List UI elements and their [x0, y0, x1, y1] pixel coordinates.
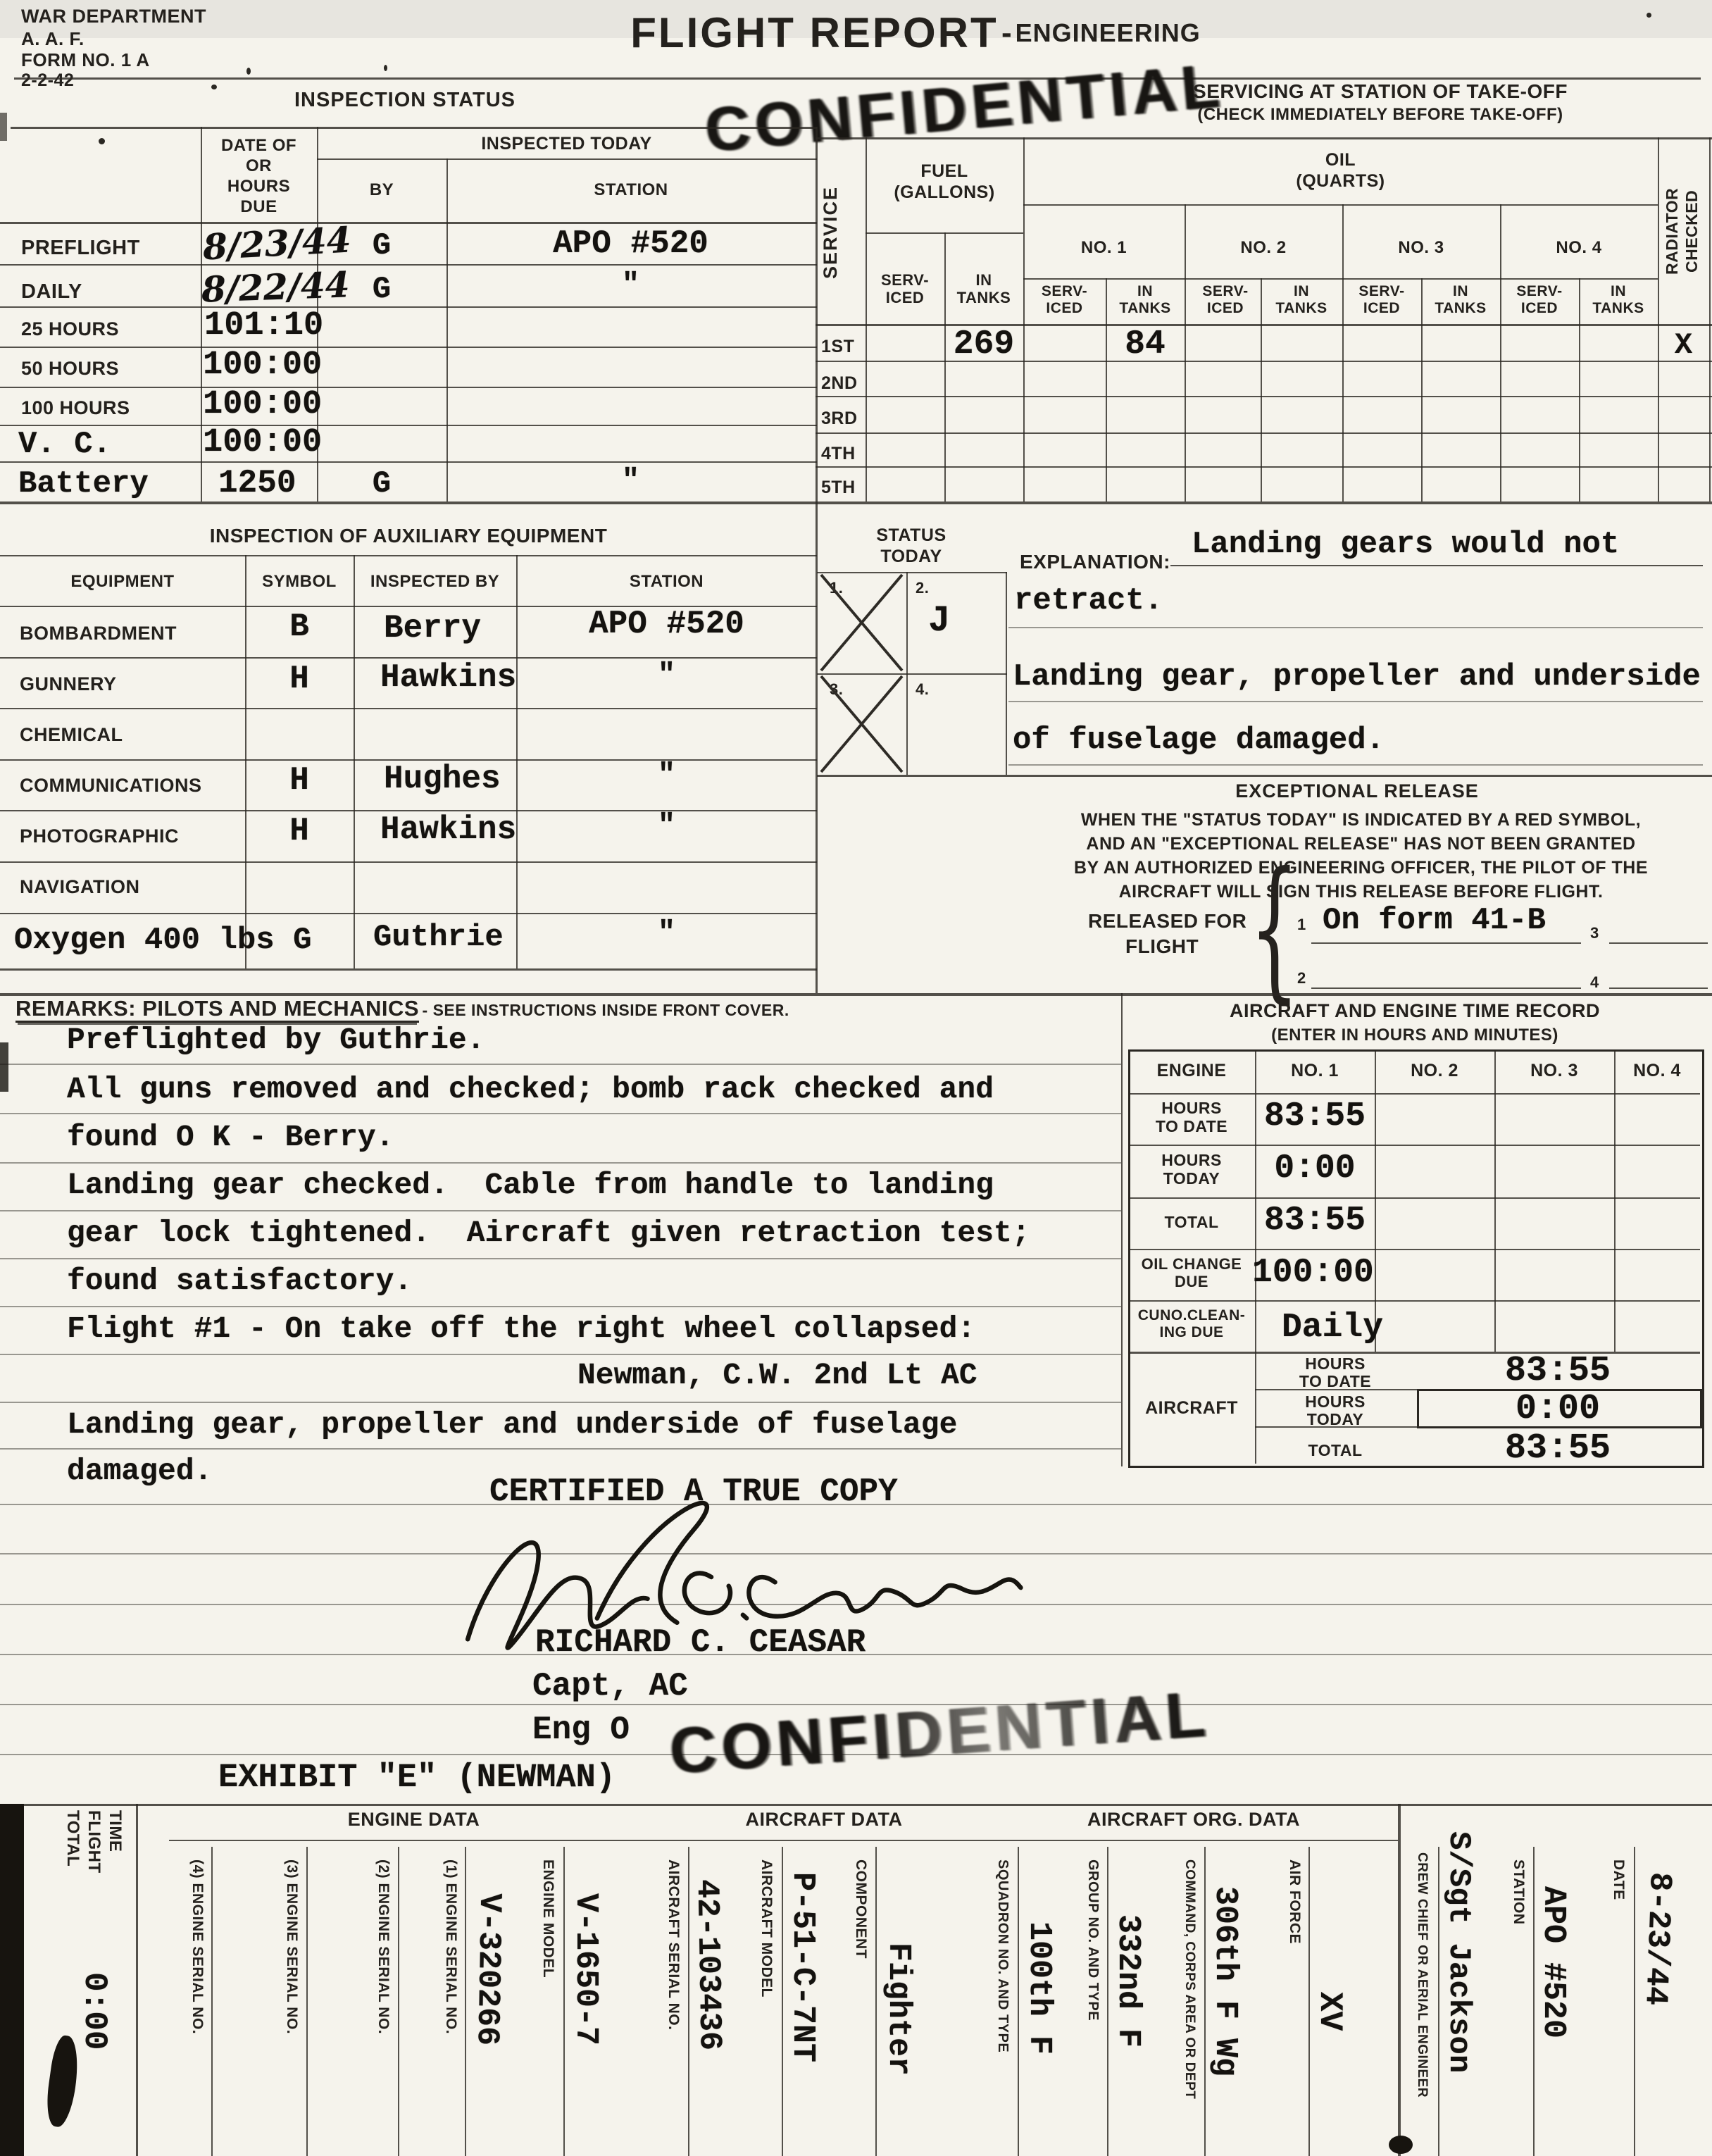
- aux-row-oxygen: Oxygen 400 lbs G: [14, 923, 311, 958]
- oil2-serviced-header: SERV- ICED: [1192, 283, 1259, 317]
- form-date: 2-2-42: [21, 70, 74, 91]
- aux-header-equipment: EQUIPMENT: [0, 572, 245, 592]
- time-col-no4: NO. 4: [1614, 1061, 1700, 1081]
- photographic-inspector: Hawkins: [380, 811, 516, 848]
- row-label-daily: DAILY: [21, 280, 82, 304]
- row-label-100-hours: 100 HOURS: [21, 397, 130, 419]
- row-oil-change-due: OIL CHANGE DUE: [1128, 1255, 1255, 1290]
- oil-header: OIL (QUARTS): [1025, 149, 1656, 192]
- release-entry-1-value: On form 41-B: [1323, 903, 1546, 938]
- released-for-label: RELEASED FOR: [1088, 910, 1246, 933]
- 100-hours-due: 100:00: [203, 386, 322, 423]
- field-value-command: 306th F Wg: [1207, 1886, 1243, 2155]
- page-title-suffix: ENGINEERING: [1016, 18, 1201, 47]
- aux-header-inspected-by: INSPECTED BY: [354, 572, 516, 592]
- 25-hours-due: 101:10: [204, 307, 323, 344]
- row-cuno-cleaning-due: CUNO.CLEAN- ING DUE: [1128, 1307, 1255, 1341]
- inspection-status-title: INSPECTION STATUS: [176, 89, 634, 112]
- field-label-group: GROUP NO. AND TYPE: [1085, 1859, 1101, 2152]
- battery-station-ditto: ": [446, 463, 815, 497]
- release-body-line-1: WHEN THE "STATUS TODAY" IS INDICATED BY …: [1014, 810, 1708, 830]
- hours-to-date-no1: 83:55: [1255, 1097, 1375, 1135]
- radiator-checked-header: RADIATOR CHECKED: [1662, 141, 1707, 321]
- status-box2-number: 2.: [916, 579, 929, 597]
- col-header-date-due: DATE OF OR HOURS DUE: [202, 135, 315, 217]
- remarks-title: REMARKS: PILOTS AND MECHANICS: [15, 996, 419, 1023]
- aux-row-bombardment: BOMBARDMENT: [20, 623, 177, 644]
- aux-row-chemical: CHEMICAL: [20, 724, 123, 746]
- field-value-air-force: XV: [1311, 1992, 1348, 2155]
- field-value-squadron: 100th F: [1021, 1921, 1057, 2155]
- section-aircraft-data: AIRCRAFT DATA: [658, 1809, 989, 1831]
- oxygen-station-ditto: ": [516, 916, 817, 949]
- page-title: FLIGHT REPORT - ENGINEERING: [563, 8, 1268, 57]
- status-box1-x-mark: [817, 572, 906, 673]
- battery-by: G: [317, 466, 446, 501]
- battery-due: 1250: [218, 465, 296, 501]
- status-box3-x-mark: [817, 673, 906, 775]
- field-label-engine-model: ENGINE MODEL: [539, 1859, 556, 2152]
- remark-line-7: Flight #1 - On take off the right wheel …: [67, 1311, 975, 1346]
- release-entry-1-number: 1: [1297, 916, 1306, 934]
- service-row-2nd: 2ND: [821, 373, 858, 394]
- 50-hours-due: 100:00: [203, 347, 322, 384]
- communications-inspector: Hughes: [384, 761, 501, 797]
- field-label-component: COMPONENT: [852, 1859, 869, 2152]
- time-col-no3: NO. 3: [1494, 1061, 1614, 1081]
- row-label-preflight: PREFLIGHT: [21, 237, 140, 260]
- remark-line-1: Preflighted by Guthrie.: [67, 1023, 485, 1057]
- oxygen-inspector: Guthrie: [373, 920, 504, 955]
- aux-row-photographic: PHOTOGRAPHIC: [20, 825, 179, 847]
- time-record-title: AIRCRAFT AND ENGINE TIME RECORD: [1125, 1000, 1704, 1022]
- field-value-crew-chief: S/Sgt Jackson: [1441, 1831, 1476, 2155]
- field-label-command: COMMAND, CORPS AREA OR DEPT: [1182, 1859, 1197, 2155]
- remark-line-2: All guns removed and checked; bomb rack …: [67, 1072, 994, 1107]
- preflight-by: G: [317, 228, 446, 263]
- aircraft-hours-today-label: HOURS TODAY: [1255, 1393, 1416, 1428]
- communications-symbol: H: [245, 762, 354, 799]
- time-record-subtitle: (ENTER IN HOURS AND MINUTES): [1125, 1026, 1704, 1045]
- field-value-aircraft-serial: 42-103436: [689, 1879, 730, 2156]
- photographic-station-ditto: ": [516, 809, 817, 842]
- remark-line-5: gear lock tightened. Aircraft given retr…: [67, 1216, 1030, 1250]
- remark-line-8-signoff: Newman, C.W. 2nd Lt AC: [577, 1358, 977, 1392]
- section-aircraft-org-data: AIRCRAFT ORG. DATA: [989, 1809, 1398, 1831]
- oil3-serviced-header: SERV- ICED: [1344, 283, 1420, 317]
- status-box2-value: J: [928, 600, 950, 642]
- aux-header-symbol: SYMBOL: [245, 572, 354, 592]
- scan-edge-tick-2: [0, 113, 7, 141]
- oil3-in-tanks-header: IN TANKS: [1423, 283, 1499, 317]
- servicing-subtitle: (CHECK IMMEDIATELY BEFORE TAKE-OFF): [1049, 105, 1711, 125]
- daily-station-ditto: ": [446, 268, 815, 301]
- field-label-squadron: SQUADRON NO. AND TYPE: [994, 1859, 1011, 2152]
- field-label-aircraft-serial: AIRCRAFT SERIAL NO.: [665, 1859, 682, 2152]
- release-body-line-4: AIRCRAFT WILL SIGN THIS RELEASE BEFORE F…: [1014, 882, 1708, 902]
- daily-by: G: [317, 272, 446, 307]
- row-hours-today: HOURS TODAY: [1128, 1151, 1255, 1188]
- aux-header-station: STATION: [516, 572, 817, 592]
- row-label-vc: V. C.: [18, 427, 111, 462]
- oil1-in-tanks-value: 84: [1106, 325, 1185, 363]
- remarks-title-note: - SEE INSTRUCTIONS INSIDE FRONT COVER.: [423, 1001, 789, 1019]
- oil1-serviced-header: SERV- ICED: [1025, 283, 1104, 317]
- field-value-component: Fighter: [880, 1943, 916, 2155]
- explanation-line-4: of fuselage damaged.: [1013, 723, 1385, 758]
- explanation-line-3: Landing gear, propeller and underside: [1013, 659, 1701, 694]
- bombardment-inspector: Berry: [384, 610, 481, 647]
- service-row-5th: 5TH: [821, 478, 856, 498]
- servicing-title: SERVICING AT STATION OF TAKE-OFF: [1049, 80, 1711, 103]
- field-value-total-flight-time: 0:00: [76, 1972, 113, 2148]
- row-label-25-hours: 25 HOURS: [21, 318, 119, 340]
- field-label-engine-serial-2: (2) ENGINE SERIAL NO.: [375, 1859, 392, 2152]
- release-body-line-2: AND AN "EXCEPTIONAL RELEASE" HAS NOT BEE…: [1014, 834, 1708, 854]
- field-label-crew-chief: CREW CHIEF OR AERIAL ENGINEER: [1414, 1852, 1430, 2154]
- gunnery-inspector: Hawkins: [380, 659, 516, 696]
- bombardment-station: APO #520: [516, 606, 817, 642]
- gunnery-symbol: H: [245, 661, 354, 697]
- field-label-station: STATION: [1510, 1859, 1527, 2152]
- aircraft-total-label: TOTAL: [1255, 1441, 1416, 1460]
- col-header-inspected-today: INSPECTED TODAY: [318, 134, 815, 154]
- fuel-header: FUEL (GALLONS): [867, 161, 1022, 203]
- row-total: TOTAL: [1128, 1213, 1255, 1232]
- field-label-date: DATE: [1610, 1859, 1627, 2152]
- certifier-name: RICHARD C. CEASAR: [535, 1624, 866, 1661]
- field-value-engine-model: V-1650-7: [568, 1893, 604, 2155]
- time-col-engine: ENGINE: [1128, 1061, 1255, 1081]
- communications-station-ditto: ": [516, 758, 817, 792]
- vc-due: 100:00: [203, 424, 322, 461]
- explanation-label: EXPLANATION:: [1020, 551, 1170, 573]
- remark-line-10: damaged.: [67, 1454, 212, 1488]
- aux-title: INSPECTION OF AUXILIARY EQUIPMENT: [0, 525, 817, 547]
- status-today-title: STATUS TODAY: [817, 525, 1006, 567]
- certifier-role: Eng O: [532, 1712, 630, 1748]
- release-brace: {: [1249, 840, 1300, 1018]
- page-title-main: FLIGHT REPORT: [630, 9, 998, 56]
- confidential-stamp-bottom: CONFIDENTIAL: [667, 1677, 1212, 1788]
- col-header-station: STATION: [448, 180, 814, 200]
- remark-line-9: Landing gear, propeller and underside of…: [67, 1407, 957, 1442]
- oil1-in-tanks-header: IN TANKS: [1107, 283, 1183, 317]
- aircraft-hours-today-value: 0:00: [1416, 1389, 1700, 1429]
- field-label-air-force: AIR FORCE: [1286, 1859, 1303, 2152]
- hours-today-no1: 0:00: [1255, 1149, 1375, 1188]
- remark-line-6: found satisfactory.: [67, 1264, 412, 1298]
- time-col-no2: NO. 2: [1375, 1061, 1494, 1081]
- exhibit-label: EXHIBIT "E" (NEWMAN): [218, 1759, 616, 1797]
- row-label-battery: Battery: [18, 466, 149, 501]
- field-value-station: APO #520: [1535, 1886, 1571, 2155]
- scan-edge-artifact: [0, 1804, 24, 2156]
- aux-row-navigation: NAVIGATION: [20, 876, 140, 898]
- gunnery-station-ditto: ": [516, 658, 817, 692]
- service-row-3rd: 3RD: [821, 409, 858, 429]
- remark-line-4: Landing gear checked. Cable from handle …: [67, 1168, 994, 1202]
- release-entry-2-number: 2: [1297, 969, 1306, 987]
- form-agency: WAR DEPARTMENT: [21, 6, 206, 27]
- row-hours-to-date: HOURS TO DATE: [1128, 1099, 1255, 1135]
- oil-no1-header: NO. 1: [1025, 238, 1183, 258]
- row-label-50-hours: 50 HOURS: [21, 358, 119, 380]
- certifier-rank: Capt, AC: [532, 1668, 688, 1705]
- flight-report-document: WAR DEPARTMENT A. A. F. FORM NO. 1 A 2-2…: [0, 0, 1712, 2156]
- aircraft-hours-to-date-label: HOURS TO DATE: [1255, 1355, 1416, 1390]
- fuel-serviced-header: SERV- ICED: [867, 271, 943, 306]
- oil-no2-header: NO. 2: [1186, 238, 1341, 258]
- oil-no4-header: NO. 4: [1501, 238, 1656, 258]
- released-flight-label: FLIGHT: [1125, 935, 1199, 958]
- oil-no3-header: NO. 3: [1344, 238, 1499, 258]
- page-title-dash: -: [1001, 15, 1012, 50]
- cuno-cleaning-due-no1: Daily: [1282, 1309, 1383, 1347]
- oil-change-due-no1: 100:00: [1252, 1254, 1374, 1292]
- explanation-line-1: Landing gears would not: [1192, 527, 1619, 562]
- field-label-engine-serial-4: (4) ENGINE SERIAL NO.: [189, 1859, 206, 2152]
- field-label-engine-serial-1: (1) ENGINE SERIAL NO.: [442, 1859, 459, 2152]
- release-entry-3-number: 3: [1590, 924, 1599, 942]
- service-col-header: SERVICE: [820, 148, 863, 317]
- field-value-engine-serial-1: V-320266: [467, 1893, 507, 2156]
- aux-row-communications: COMMUNICATIONS: [20, 775, 201, 797]
- service-row-4th: 4TH: [821, 444, 856, 464]
- remarks-header: REMARKS: PILOTS AND MECHANICS - SEE INST…: [15, 996, 789, 1021]
- remark-line-3: found O K - Berry.: [67, 1120, 394, 1154]
- aircraft-block-label: AIRCRAFT: [1128, 1398, 1255, 1419]
- form-branch: A. A. F.: [21, 28, 85, 50]
- field-value-group: 332nd F: [1110, 1914, 1146, 2155]
- field-value-date: 8-23/44: [1632, 1871, 1677, 2156]
- fuel-in-tanks-value: 269: [944, 325, 1023, 363]
- aux-row-gunnery: GUNNERY: [20, 673, 117, 695]
- field-label-aircraft-model: AIRCRAFT MODEL: [758, 1859, 775, 2152]
- time-col-no1: NO. 1: [1255, 1061, 1375, 1081]
- oil4-in-tanks-header: IN TANKS: [1580, 283, 1656, 317]
- service-row-1st: 1ST: [821, 337, 854, 357]
- preflight-station: APO #520: [446, 225, 815, 262]
- release-body-line-3: BY AN AUTHORIZED ENGINEERING OFFICER, TH…: [1014, 858, 1708, 878]
- exceptional-release-title: EXCEPTIONAL RELEASE: [1008, 780, 1706, 802]
- field-label-engine-serial-3: (3) ENGINE SERIAL NO.: [283, 1859, 300, 2152]
- col-header-by: BY: [318, 180, 445, 200]
- oil4-serviced-header: SERV- ICED: [1501, 283, 1577, 317]
- release-entry-4-number: 4: [1590, 973, 1599, 992]
- field-value-aircraft-model: P-51-C-7NT: [785, 1872, 820, 2155]
- aircraft-hours-to-date-value: 83:55: [1416, 1351, 1700, 1391]
- explanation-line-2: retract.: [1014, 583, 1163, 618]
- form-number: FORM NO. 1 A: [21, 49, 150, 71]
- scan-blotch-bottom: [1389, 2136, 1413, 2154]
- radiator-checked-value: X: [1658, 328, 1709, 362]
- photographic-symbol: H: [245, 813, 354, 849]
- total-no1: 83:55: [1255, 1202, 1375, 1240]
- aircraft-total-value: 83:55: [1416, 1428, 1700, 1469]
- fuel-in-tanks-header: IN TANKS: [946, 271, 1022, 306]
- bombardment-symbol: B: [245, 609, 354, 645]
- status-box4-number: 4.: [916, 680, 929, 699]
- section-engine-data: ENGINE DATA: [169, 1809, 658, 1831]
- oil2-in-tanks-header: IN TANKS: [1262, 283, 1341, 317]
- scan-edge-tick-1: [0, 1042, 8, 1092]
